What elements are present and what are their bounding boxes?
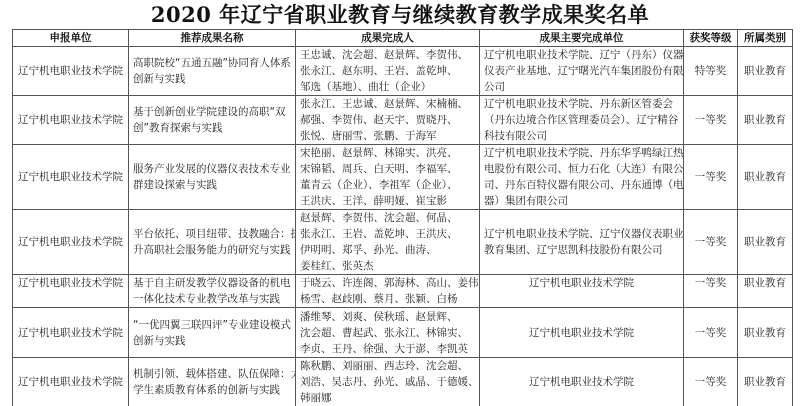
cell-name: “一优四翼三联四评”专业建设模式 创新与实践 xyxy=(129,308,296,358)
people-line: 杨雪、赵歧刚、蔡月、张颖、白杨 xyxy=(300,291,475,307)
people-line: 董青云（企业）、李祖军（企业）、 xyxy=(300,177,475,193)
org-line: 辽宁机电职业技术学院、辽宁（丹东）仪器 xyxy=(484,47,679,63)
cell-category: 职业教育 xyxy=(738,308,793,358)
people-line: 邹选（基地）、曲壮（企业） xyxy=(300,79,475,95)
header-unit: 申报单位 xyxy=(13,30,129,47)
cell-name: 基于创新创业学院建设的高职“双 创”教育探索与实践 xyxy=(129,96,296,145)
cell-level: 一等奖 xyxy=(684,308,738,358)
cell-category: 职业教育 xyxy=(738,358,793,406)
name-line: 创新与实践 xyxy=(133,333,291,349)
cell-people: 宋艳丽、赵景辉、林锦实、洪亮、 宋锦韬、周兵、白天明、李福军、 董青云（企业）、… xyxy=(296,145,480,210)
name-line: 基于创新创业学院建设的高职“双 xyxy=(133,104,291,120)
cell-people: 陈秋鹏、刘丽丽、西志玲、沈会超、 刘浩、吴志丹、孙光、戚晶、于德媛、 韩丽娜 xyxy=(296,358,480,406)
org-line: 教育集团、辽宁思凯科技股份有限公司 xyxy=(484,242,679,258)
name-line: 服务产业发展的仪器仪表技术专业 xyxy=(133,161,291,177)
cell-category: 职业教育 xyxy=(738,47,793,96)
header-category: 所属类别 xyxy=(738,30,793,47)
cell-people: 于晓云、许连阁、郭海林、高山、姜伟、 杨雪、赵歧刚、蔡月、张颖、白杨 xyxy=(296,275,480,308)
table-row: 辽宁机电职业技术学院 机制引领、载体搭建、队伍保障：大 学生素质教育体系的创新与… xyxy=(13,358,793,406)
name-line: 创”教育探索与实践 xyxy=(133,120,291,136)
cell-org: 辽宁机电职业技术学院、辽宁仪器仪表职业 教育集团、辽宁思凯科技股份有限公司 xyxy=(480,210,684,275)
people-line: 刘浩、吴志丹、孙光、戚晶、于德媛、 xyxy=(300,374,475,390)
people-line: 张永江、王岩、盖乾坤、王洪庆、 xyxy=(300,226,475,242)
cell-category: 职业教育 xyxy=(738,145,793,210)
table-row: 辽宁机电职业技术学院 服务产业发展的仪器仪表技术专业 群建设探索与实践 宋艳丽、… xyxy=(13,145,793,210)
name-line: 平台依托、项目纽带、技教融合：提 xyxy=(133,226,291,242)
org-line: 辽宁机电职业技术学院、丹东新区管委会 xyxy=(484,96,679,112)
cell-org: 辽宁机电职业技术学院、丹东新区管委会 （丹东边境合作区管理委员会）、辽宁精谷 科… xyxy=(480,96,684,145)
cell-unit: 辽宁机电职业技术学院 xyxy=(13,358,129,406)
people-line: 陈秋鹏、刘丽丽、西志玲、沈会超、 xyxy=(300,358,475,374)
cell-unit: 辽宁机电职业技术学院 xyxy=(13,96,129,145)
cell-people: 潘维琴、刘爽、侯秋瑶、赵景辉、 沈会超、曹起武、张永江、林锦实、 李贞、王丹、徐… xyxy=(296,308,480,358)
cell-level: 一等奖 xyxy=(684,358,738,406)
people-line: 张永江、王忠诚、赵景辉、宋楠楠、 xyxy=(300,96,475,112)
name-line: 群建设探索与实践 xyxy=(133,177,291,193)
people-line: 潘维琴、刘爽、侯秋瑶、赵景辉、 xyxy=(300,309,475,325)
table-row: 辽宁机电职业技术学院 基于创新创业学院建设的高职“双 创”教育探索与实践 张永江… xyxy=(13,96,793,145)
cell-unit: 辽宁机电职业技术学院 xyxy=(13,308,129,358)
org-line: 司、丹东百特仪器有限公司、丹东通博（电 xyxy=(484,177,679,193)
cell-people: 王忠诚、沈会超、赵景辉、李贺伟、 张永江、赵东明、王岩、盖乾坤、 邹选（基地）、… xyxy=(296,47,480,96)
org-line: 辽宁机电职业技术学院、辽宁仪器仪表职业 xyxy=(484,226,679,242)
name-line: 创新与实践 xyxy=(133,71,291,87)
header-level: 获奖等级 xyxy=(684,30,738,47)
name-line: 基于自主研发教学仪器设备的机电 xyxy=(133,275,291,291)
org-line: 公司 xyxy=(484,79,679,95)
header-name: 推荐成果名称 xyxy=(129,30,296,47)
people-line: 伊明明、郑孚、孙光、曲涛、 xyxy=(300,242,475,258)
people-line: 郝强、李贺伟、赵天宇、贾晓丹、 xyxy=(300,112,475,128)
cell-unit: 辽宁机电职业技术学院 xyxy=(13,47,129,96)
people-line: 王洪庆、王洋、薛明娅、崔宝影 xyxy=(300,193,475,209)
org-line: 科技有限公司 xyxy=(484,128,679,144)
cell-org: 辽宁机电职业技术学院 xyxy=(480,308,684,358)
org-line: 器）集团有限公司 xyxy=(484,193,679,209)
name-line: “一优四翼三联四评”专业建设模式 xyxy=(133,317,291,333)
people-line: 赵景辉、李贺伟、沈会超、何晶、 xyxy=(300,210,475,226)
cell-level: 一等奖 xyxy=(684,145,738,210)
cell-unit: 辽宁机电职业技术学院 xyxy=(13,275,129,308)
cell-people: 赵景辉、李贺伟、沈会超、何晶、 张永江、王岩、盖乾坤、王洪庆、 伊明明、郑孚、孙… xyxy=(296,210,480,275)
cell-level: 一等奖 xyxy=(684,96,738,145)
cell-name: 基于自主研发教学仪器设备的机电 一体化技术专业教学改革与实践 xyxy=(129,275,296,308)
table-row: 辽宁机电职业技术学院 “一优四翼三联四评”专业建设模式 创新与实践 潘维琴、刘爽… xyxy=(13,308,793,358)
awards-table: 申报单位 推荐成果名称 成果完成人 成果主要完成单位 获奖等级 所属类别 辽宁机… xyxy=(12,29,793,406)
table-row: 辽宁机电职业技术学院 基于自主研发教学仪器设备的机电 一体化技术专业教学改革与实… xyxy=(13,275,793,308)
cell-unit: 辽宁机电职业技术学院 xyxy=(13,145,129,210)
people-line: 宋艳丽、赵景辉、林锦实、洪亮、 xyxy=(300,145,475,161)
cell-category: 职业教育 xyxy=(738,275,793,308)
org-line: 辽宁机电职业技术学院、丹东华孚鸭绿江热 xyxy=(484,145,679,161)
people-line: 韩丽娜 xyxy=(300,390,475,406)
cell-level: 一等奖 xyxy=(684,275,738,308)
header-org: 成果主要完成单位 xyxy=(480,30,684,47)
page-title: 2020 年辽宁省职业教育与继续教育教学成果奖名单 xyxy=(0,2,800,28)
cell-category: 职业教育 xyxy=(738,96,793,145)
cell-name: 服务产业发展的仪器仪表技术专业 群建设探索与实践 xyxy=(129,145,296,210)
table-row: 辽宁机电职业技术学院 高职院校“五通五融”协同育人体系 创新与实践 王忠诚、沈会… xyxy=(13,47,793,96)
table-header-row: 申报单位 推荐成果名称 成果完成人 成果主要完成单位 获奖等级 所属类别 xyxy=(13,30,793,47)
cell-name: 平台依托、项目纽带、技教融合：提 升高职社会服务能力的研究与实践 xyxy=(129,210,296,275)
people-line: 李贞、王丹、徐强、大于澎、李凯英 xyxy=(300,341,475,357)
cell-org: 辽宁机电职业技术学院、丹东华孚鸭绿江热 电股份有限公司、恒力石化（大连）有限公 … xyxy=(480,145,684,210)
people-line: 宋锦韬、周兵、白天明、李福军、 xyxy=(300,161,475,177)
name-line: 高职院校“五通五融”协同育人体系 xyxy=(133,55,291,71)
org-line: 仪表产业基地、辽宁曙光汽车集团股份有限 xyxy=(484,63,679,79)
people-line: 于晓云、许连阁、郭海林、高山、姜伟、 xyxy=(300,275,475,291)
name-line: 学生素质教育体系的创新与实践 xyxy=(133,382,291,398)
people-line: 王忠诚、沈会超、赵景辉、李贺伟、 xyxy=(300,47,475,63)
cell-unit: 辽宁机电职业技术学院 xyxy=(13,210,129,275)
people-line: 张悦、唐丽雪、张鹏、于海军 xyxy=(300,128,475,144)
cell-people: 张永江、王忠诚、赵景辉、宋楠楠、 郝强、李贺伟、赵天宇、贾晓丹、 张悦、唐丽雪、… xyxy=(296,96,480,145)
cell-name: 机制引领、载体搭建、队伍保障：大 学生素质教育体系的创新与实践 xyxy=(129,358,296,406)
org-line: 电股份有限公司、恒力石化（大连）有限公 xyxy=(484,161,679,177)
people-line: 姜桂红、张英杰 xyxy=(300,258,475,274)
org-line: （丹东边境合作区管理委员会）、辽宁精谷 xyxy=(484,112,679,128)
cell-level: 特等奖 xyxy=(684,47,738,96)
cell-category: 职业教育 xyxy=(738,210,793,275)
cell-org: 辽宁机电职业技术学院 xyxy=(480,275,684,308)
name-line: 升高职社会服务能力的研究与实践 xyxy=(133,242,291,258)
cell-level: 一等奖 xyxy=(684,210,738,275)
name-line: 机制引领、载体搭建、队伍保障：大 xyxy=(133,366,291,382)
name-line: 一体化技术专业教学改革与实践 xyxy=(133,291,291,307)
header-people: 成果完成人 xyxy=(296,30,480,47)
cell-org: 辽宁机电职业技术学院 xyxy=(480,358,684,406)
table-row: 辽宁机电职业技术学院 平台依托、项目纽带、技教融合：提 升高职社会服务能力的研究… xyxy=(13,210,793,275)
people-line: 张永江、赵东明、王岩、盖乾坤、 xyxy=(300,63,475,79)
cell-name: 高职院校“五通五融”协同育人体系 创新与实践 xyxy=(129,47,296,96)
cell-org: 辽宁机电职业技术学院、辽宁（丹东）仪器 仪表产业基地、辽宁曙光汽车集团股份有限 … xyxy=(480,47,684,96)
people-line: 沈会超、曹起武、张永江、林锦实、 xyxy=(300,325,475,341)
